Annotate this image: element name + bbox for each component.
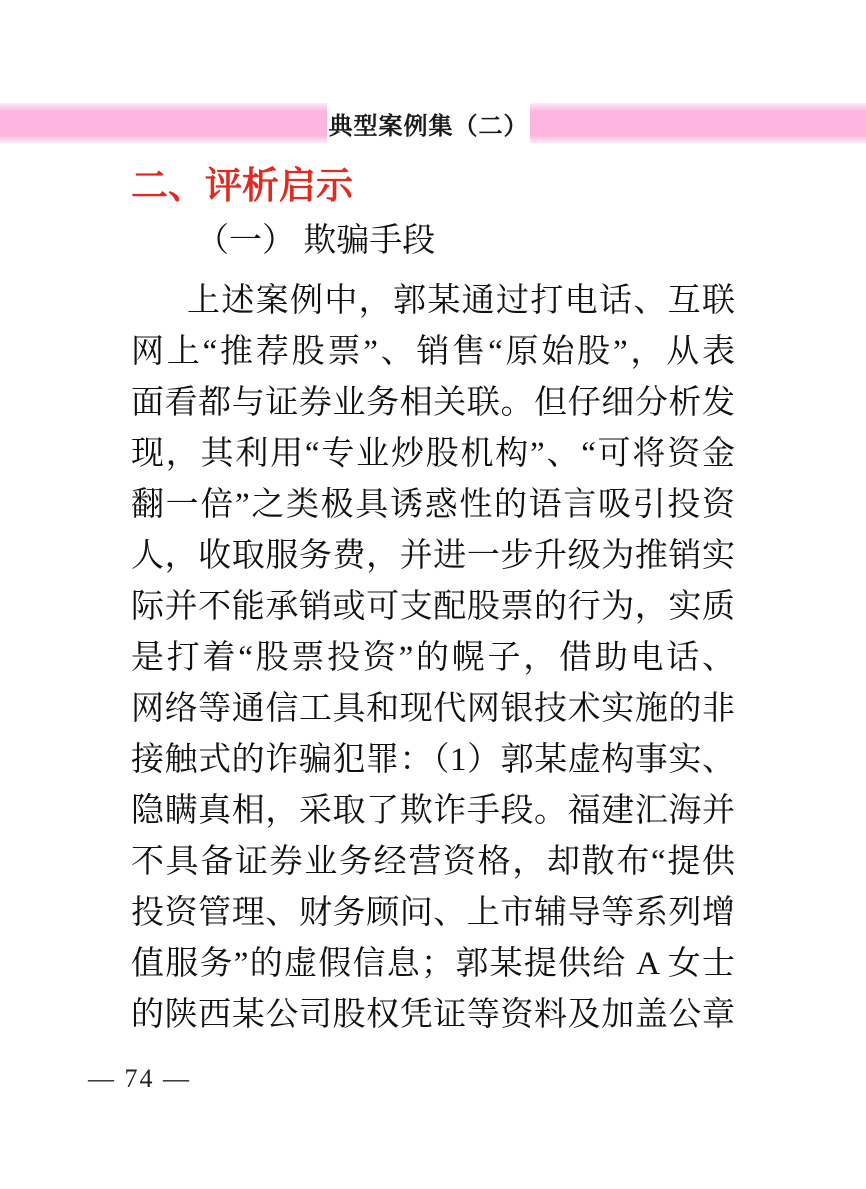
paragraph-line: 接触式的诈骗犯罪：（1）郭某虚构事实、 [131,735,735,786]
paragraph-line: 网上“推荐股票”、销售“原始股”，从表 [131,327,735,378]
header-band-left [0,103,327,143]
paragraph-line: 面看都与证券业务相关联。但仔细分析发 [131,378,735,429]
paragraph: 上述案例中，郭某通过打电话、互联 网上“推荐股票”、销售“原始股”，从表 面看都… [131,276,735,1041]
paragraph-line: 翻一倍”之类极具诱惑性的语言吸引投资 [131,480,735,531]
paragraph-line: 不具备证券业务经营资格，却散布“提供 [131,837,735,888]
paragraph-line: 网络等通信工具和现代网银技术实施的非 [131,684,735,735]
page-number: — 74 — [88,1064,191,1094]
paragraph-line: 上述案例中，郭某通过打电话、互联 [131,276,735,327]
paragraph-line: 投资管理、财务顾问、上市辅导等系列增 [131,888,735,939]
section-heading: 二、评析启示 [131,166,353,207]
paragraph-line: 值服务”的虚假信息；郭某提供给 A 女士 [131,939,735,990]
paragraph-line: 现，其利用“专业炒股机构”、“可将资金 [131,429,735,480]
paragraph-line: 际并不能承销或可支配股票的行为，实质 [131,582,735,633]
page-header: 典型案例集（二） [0,103,866,143]
paragraph-line: 的陕西某公司股权凭证等资料及加盖公章 [131,990,735,1041]
sub-heading: （一） 欺骗手段 [196,222,435,262]
header-band-right [530,103,866,143]
paragraph-line: 人，收取服务费，并进一步升级为推销实 [131,531,735,582]
paragraph-line: 是打着“股票投资”的幌子，借助电话、 [131,633,735,684]
paragraph-line: 隐瞒真相，采取了欺诈手段。福建汇海并 [131,786,735,837]
running-head: 典型案例集（二） [327,103,530,143]
